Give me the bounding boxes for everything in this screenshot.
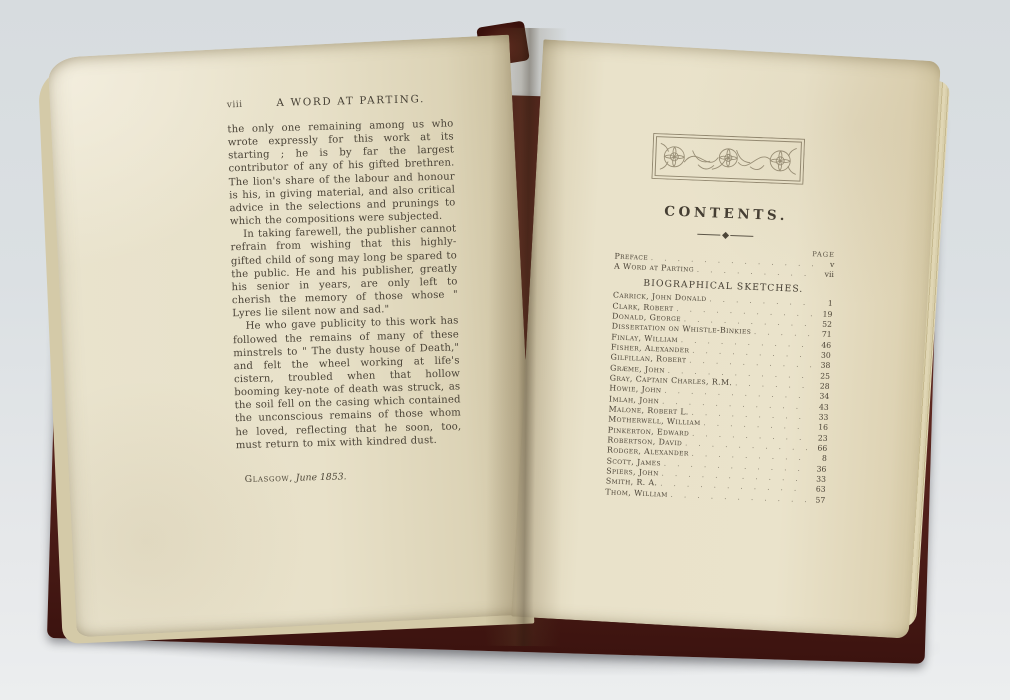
paragraph: He who gave publicity to this work has f… — [232, 315, 461, 452]
toc-entry-page: 36 — [810, 464, 826, 474]
left-page-header: viii A WORD AT PARTING. — [227, 92, 453, 110]
toc-entry-page: 16 — [812, 423, 828, 433]
floral-ornament-icon — [651, 133, 805, 185]
toc-entry-page: v — [818, 259, 834, 269]
diamond-rule-divider — [697, 232, 753, 239]
divider-line — [731, 235, 754, 237]
toc-entry-page: 57 — [809, 495, 825, 505]
right-page: CONTENTS. PAGE Preface. . . . . . . . . … — [511, 39, 941, 638]
toc-entry-name: Imlah, John — [609, 394, 660, 405]
toc-entry-page: 34 — [813, 392, 829, 402]
signature-place: Glasgow, — [244, 473, 292, 485]
book-photograph: viii A WORD AT PARTING. the only one rem… — [0, 0, 1010, 700]
signature-date: June 1853. — [296, 471, 347, 483]
toc-entry-page: 25 — [814, 371, 830, 381]
toc-entry-page: 66 — [811, 443, 827, 453]
diamond-icon — [722, 232, 728, 238]
left-page-text-block: viii A WORD AT PARTING. the only one rem… — [227, 92, 463, 485]
toc-entry-page: 63 — [809, 485, 825, 495]
toc-entry-name: Howie, John — [609, 384, 661, 395]
toc-entry-name: Smith, R. A. — [606, 477, 658, 488]
right-page-text-block: CONTENTS. PAGE Preface. . . . . . . . . … — [605, 132, 839, 506]
toc-entry-page: vii — [818, 269, 834, 279]
signature-line: Glasgow, June 1853. — [236, 468, 462, 485]
toc-entry-name: Preface — [614, 251, 648, 262]
body-paragraphs: the only one remaining among us who wrot… — [227, 117, 462, 452]
toc-biographical-sketches: Carrick, John Donald. . . . . . . . . . … — [605, 291, 833, 506]
paragraph: In taking farewell, the publisher cannot… — [230, 223, 458, 321]
toc-entry-name: Thom, William — [605, 487, 668, 499]
toc-entry-page: 46 — [815, 340, 831, 350]
toc-entry-page: 38 — [814, 361, 830, 371]
divider-line — [697, 233, 720, 235]
toc-entry-page: 1 — [817, 299, 833, 309]
toc-entry-page: 71 — [815, 330, 831, 340]
toc-entry-page: 23 — [811, 433, 827, 443]
toc-entry-name: A Word at Parting — [614, 261, 694, 273]
toc-entry-page: 33 — [810, 474, 826, 484]
toc-entry-page: 33 — [812, 412, 828, 422]
paragraph: the only one remaining among us who wrot… — [227, 117, 456, 228]
contents-title: CONTENTS. — [616, 202, 836, 226]
toc-entry-page: 8 — [811, 454, 827, 464]
folio-number: viii — [227, 99, 263, 110]
toc-entry-page: 19 — [816, 309, 832, 319]
left-page: viii A WORD AT PARTING. the only one rem… — [48, 35, 539, 638]
toc-entry-page: 30 — [815, 350, 831, 360]
toc-entry-page: 28 — [813, 381, 829, 391]
running-title: A WORD AT PARTING. — [263, 93, 439, 110]
toc-entry-page: 43 — [813, 402, 829, 412]
toc-entry-page: 52 — [816, 319, 832, 329]
